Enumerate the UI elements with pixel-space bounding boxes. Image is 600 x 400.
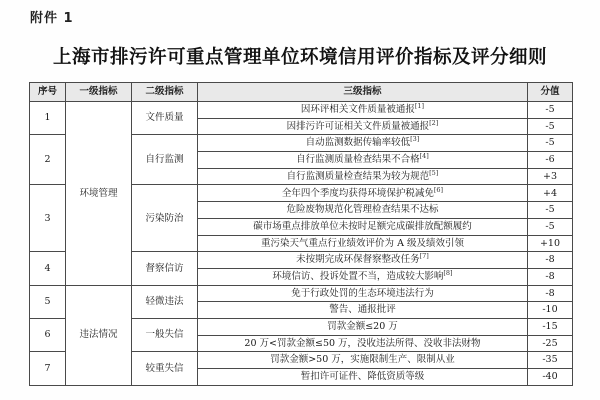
- header-score: 分值: [528, 83, 573, 102]
- score-cell: -5: [528, 135, 573, 152]
- footnote-ref: [5]: [429, 169, 438, 177]
- score-cell: -35: [528, 352, 573, 369]
- score-cell: -6: [528, 152, 573, 169]
- indicator-cell: 未按期完成环保督察整改任务[7]: [198, 252, 528, 269]
- indicator-cell: 自行监测质量检查结果不合格[4]: [198, 152, 528, 169]
- indicator-cell: 因环评相关文件质量被通报[1]: [198, 102, 528, 119]
- indicator-cell: 免于行政处罚的生态环境违法行为: [198, 285, 528, 302]
- indicator-text: 自动监测数据传输率较低: [306, 137, 411, 148]
- table-header-row: 序号 一级指标 二级指标 三级指标 分值: [30, 83, 573, 102]
- header-level3: 三级指标: [198, 83, 528, 102]
- level2-cell: 较重失信: [132, 352, 198, 385]
- indicator-text: 全年四个季度均获得环境保护税减免: [282, 188, 434, 199]
- footnote-ref: [7]: [420, 252, 429, 260]
- header-level2: 二级指标: [132, 83, 198, 102]
- score-cell: +4: [528, 185, 573, 202]
- header-level1: 一级指标: [66, 83, 132, 102]
- indicator-cell: 环境信访、投诉处置不当，造成较大影响[8]: [198, 268, 528, 285]
- level2-cell: 轻微违法: [132, 285, 198, 318]
- indicator-cell: 暂扣许可证件、降低资质等级: [198, 369, 528, 386]
- footnote-ref: [8]: [443, 269, 452, 277]
- header-seq: 序号: [30, 83, 66, 102]
- indicator-text: 罚款金额≤20 万: [327, 321, 398, 332]
- score-cell: -8: [528, 268, 573, 285]
- score-cell: -8: [528, 252, 573, 269]
- attachment-label: 附件 1: [30, 7, 74, 26]
- level2-cell: 督察信访: [132, 252, 198, 285]
- seq-cell: 3: [30, 185, 66, 252]
- footnote-ref: [4]: [420, 152, 429, 160]
- indicator-cell: 全年四个季度均获得环境保护税减免[6]: [198, 185, 528, 202]
- indicator-text: 自行监测质量检查结果不合格: [296, 154, 420, 165]
- indicator-text: 暂扣许可证件、降低资质等级: [301, 371, 425, 382]
- indicator-cell: 警告、通报批评: [198, 302, 528, 319]
- level2-cell: 文件质量: [132, 102, 198, 135]
- table-body: 1环境管理文件质量因环评相关文件质量被通报[1]-5因排污许可证相关文件质量被通…: [30, 102, 573, 386]
- indicator-cell: 自行监测质量检查结果为较为规范[5]: [198, 168, 528, 185]
- score-cell: -10: [528, 302, 573, 319]
- indicator-cell: 危险废物规范化管理检查结果不达标: [198, 202, 528, 219]
- level1-cell: 环境管理: [66, 102, 132, 286]
- score-cell: -5: [528, 102, 573, 119]
- score-cell: -5: [528, 118, 573, 135]
- table-row: 5违法情况轻微违法免于行政处罚的生态环境违法行为-8: [30, 285, 573, 302]
- evaluation-rules-table: 序号 一级指标 二级指标 三级指标 分值 1环境管理文件质量因环评相关文件质量被…: [29, 82, 573, 386]
- score-cell: -15: [528, 318, 573, 335]
- level2-cell: 一般失信: [132, 318, 198, 351]
- page-title: 上海市排污许可重点管理单位环境信用评价指标及评分细则: [0, 43, 600, 69]
- indicator-cell: 20 万<罚款金额≤50 万，没收违法所得、没收非法财物: [198, 335, 528, 352]
- document-page: 附件 1 上海市排污许可重点管理单位环境信用评价指标及评分细则 序号 一级指标 …: [0, 0, 600, 400]
- level1-cell: 违法情况: [66, 285, 132, 385]
- indicator-cell: 自动监测数据传输率较低[3]: [198, 135, 528, 152]
- indicator-text: 因环评相关文件质量被通报: [301, 104, 415, 115]
- indicator-cell: 重污染天气重点行业绩效评价为 A 级及绩效引领: [198, 235, 528, 252]
- indicator-cell: 罚款金额>50 万，实施限制生产、限制从业: [198, 352, 528, 369]
- indicator-cell: 因排污许可证相关文件质量被通报[2]: [198, 118, 528, 135]
- indicator-text: 免于行政处罚的生态环境违法行为: [291, 288, 434, 299]
- level2-cell: 自行监测: [132, 135, 198, 185]
- footnote-ref: [3]: [410, 135, 419, 143]
- score-cell: -5: [528, 218, 573, 235]
- seq-cell: 1: [30, 102, 66, 135]
- indicator-text: 碳市场重点排放单位未按时足额完成碳排放配额履约: [253, 221, 472, 232]
- table-row: 1环境管理文件质量因环评相关文件质量被通报[1]-5: [30, 102, 573, 119]
- indicator-text: 重污染天气重点行业绩效评价为 A 级及绩效引领: [261, 238, 464, 249]
- score-cell: -5: [528, 202, 573, 219]
- indicator-text: 因排污许可证相关文件质量被通报: [287, 121, 430, 132]
- indicator-text: 环境信访、投诉处置不当，造成较大影响: [272, 271, 443, 282]
- seq-cell: 2: [30, 135, 66, 185]
- footnote-ref: [6]: [434, 185, 443, 193]
- seq-cell: 7: [30, 352, 66, 385]
- level2-cell: 污染防治: [132, 185, 198, 252]
- indicator-text: 警告、通报批评: [329, 304, 396, 315]
- seq-cell: 4: [30, 252, 66, 285]
- indicator-text: 危险废物规范化管理检查结果不达标: [286, 204, 438, 215]
- indicator-text: 20 万<罚款金额≤50 万，没收违法所得、没收非法财物: [244, 338, 480, 349]
- indicator-text: 未按期完成环保督察整改任务: [296, 254, 420, 265]
- score-cell: +3: [528, 168, 573, 185]
- score-cell: +10: [528, 235, 573, 252]
- score-cell: -40: [528, 369, 573, 386]
- indicator-cell: 罚款金额≤20 万: [198, 318, 528, 335]
- seq-cell: 6: [30, 318, 66, 351]
- seq-cell: 5: [30, 285, 66, 318]
- indicator-cell: 碳市场重点排放单位未按时足额完成碳排放配额履约: [198, 218, 528, 235]
- footnote-ref: [1]: [415, 102, 424, 110]
- footnote-ref: [2]: [429, 119, 438, 127]
- score-cell: -8: [528, 285, 573, 302]
- indicator-text: 罚款金额>50 万，实施限制生产、限制从业: [270, 354, 455, 365]
- score-cell: -25: [528, 335, 573, 352]
- table-header: 序号 一级指标 二级指标 三级指标 分值: [30, 83, 573, 102]
- indicator-text: 自行监测质量检查结果为较为规范: [287, 171, 430, 182]
